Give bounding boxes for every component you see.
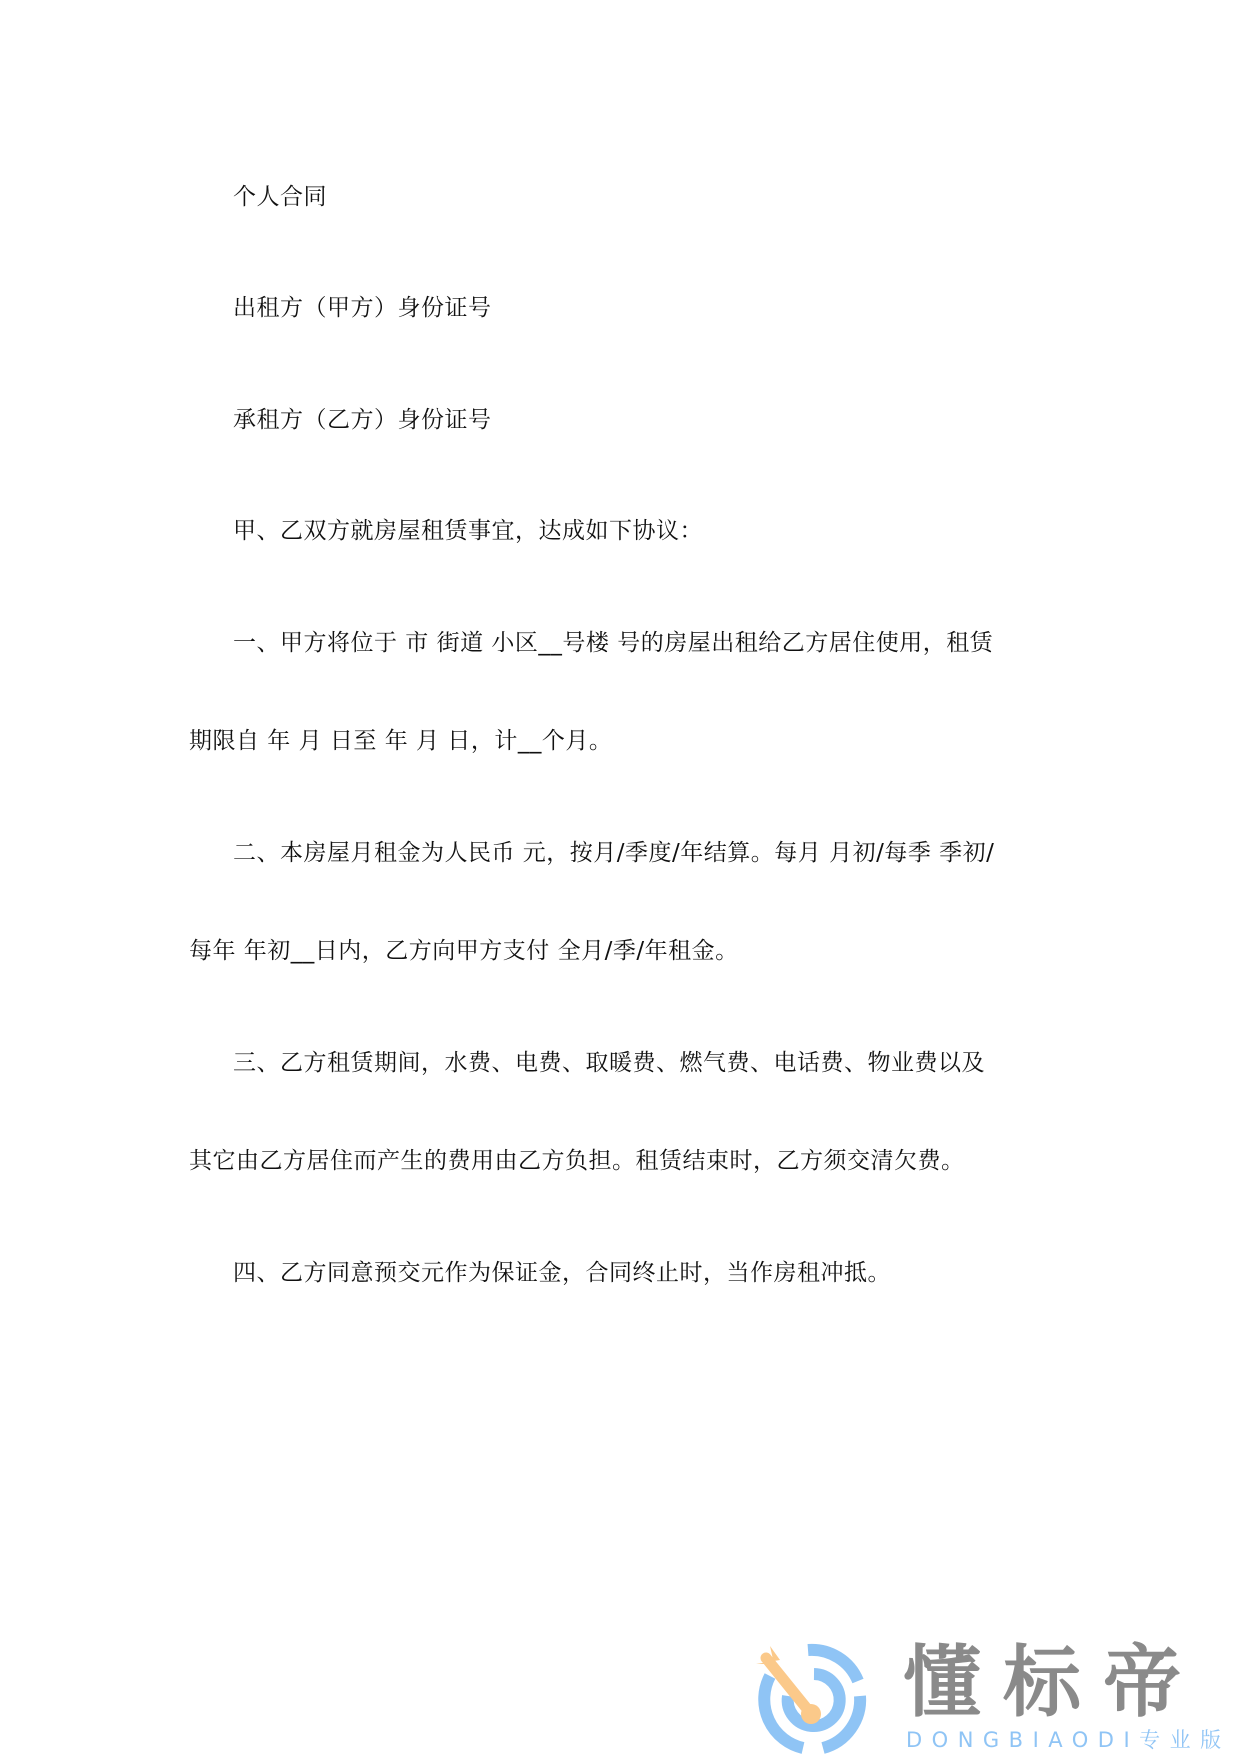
clause-3-line-1: 三、乙方租赁期间，水费、电费、取暖费、燃气费、电话费、物业费以及 xyxy=(233,1048,985,1078)
lessee-id-line: 承租方（乙方）身份证号 xyxy=(233,405,492,435)
watermark-brand: 懂标帝 xyxy=(903,1640,1203,1726)
clause-1-line-2: 期限自 年 月 日至 年 月 日，计__个月。 xyxy=(189,726,612,756)
clause-1-line-1: 一、甲方将位于 市 街道 小区__号楼 号的房屋出租给乙方居住使用，租赁 xyxy=(233,628,993,658)
target-logo-icon xyxy=(748,1636,878,1754)
watermark-subtitle: DONGBIAODI专业版 xyxy=(906,1728,1231,1752)
clause-3-line-2: 其它由乙方居住而产生的费用由乙方负担。租赁结束时，乙方须交清欠费。 xyxy=(189,1146,965,1176)
document-title: 个人合同 xyxy=(233,182,327,212)
intro-paragraph: 甲、乙双方就房屋租赁事宜，达成如下协议： xyxy=(233,516,703,546)
clause-2-line-1: 二、本房屋月租金为人民币 元，按月/季度/年结算。每月 月初/每季 季初/ xyxy=(233,838,994,868)
clause-2-line-2: 每年 年初__日内，乙方向甲方支付 全月/季/年租金。 xyxy=(189,936,739,966)
lessor-id-line: 出租方（甲方）身份证号 xyxy=(233,293,492,323)
watermark: 懂标帝 DONGBIAODI专业版 xyxy=(748,1636,1241,1754)
clause-4-line-1: 四、乙方同意预交元作为保证金，合同终止时，当作房租冲抵。 xyxy=(233,1258,891,1288)
